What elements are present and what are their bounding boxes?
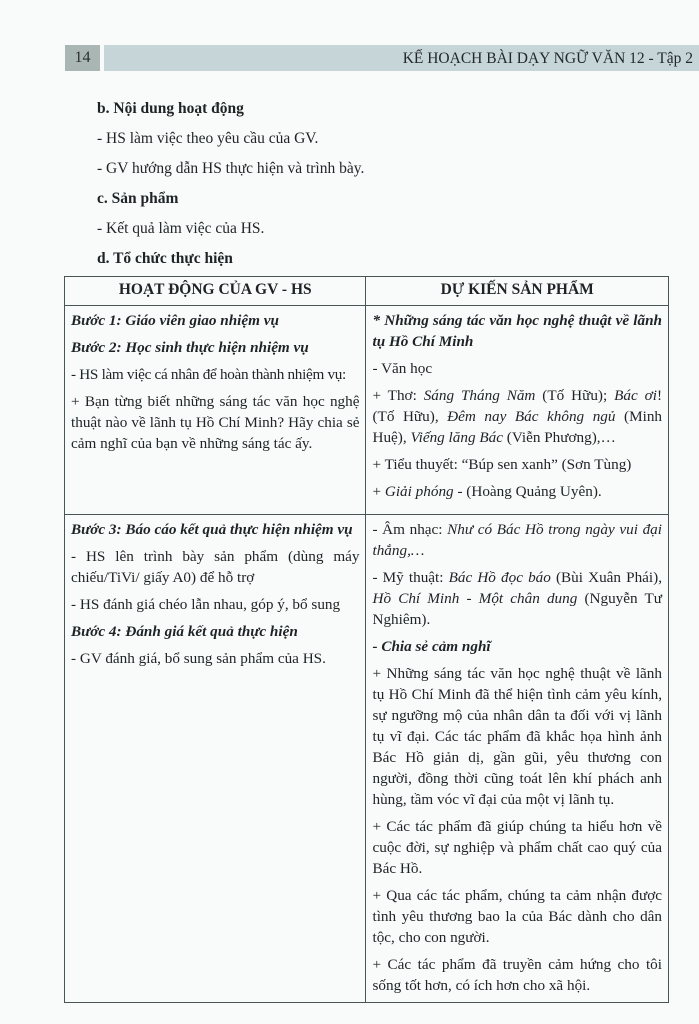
- step-2: Bước 2: Học sinh thực hiện nhiệm vụ: [71, 337, 359, 358]
- music-item: - Âm nhạc: Như có Bác Hồ trong ngày vui …: [372, 519, 662, 561]
- section-c-item: - Kết quả làm việc của HS.: [97, 217, 657, 247]
- novel-item: + Tiểu thuyết: “Búp sen xanh” (Sơn Tùng): [372, 454, 662, 475]
- section-c-heading: c. Sản phẩm: [97, 187, 657, 217]
- book-title: KẾ HOẠCH BÀI DẠY NGỮ VĂN 12 - Tập 2: [104, 45, 699, 71]
- share-item: + Những sáng tác văn học nghệ thuật về l…: [372, 663, 662, 810]
- activity-intro: b. Nội dung hoạt động - HS làm việc theo…: [97, 97, 657, 277]
- share-item: + Qua các tác phẩm, chúng ta cảm nhận đư…: [372, 885, 662, 948]
- section-b-item: - HS làm việc theo yêu cầu của GV.: [97, 127, 657, 157]
- column-header-expected-product: DỰ KIẾN SẢN PHẨM: [366, 277, 669, 306]
- cell-product: * Những sáng tác văn học nghệ thuật về l…: [366, 306, 669, 515]
- share-heading: - Chia sẻ cảm nghĩ: [372, 636, 662, 657]
- report-instruction: - HS lên trình bày sản phẩm (dùng máy ch…: [71, 546, 359, 588]
- table-row: Bước 1: Giáo viên giao nhiệm vụ Bước 2: …: [65, 306, 669, 515]
- teacher-evaluation: - GV đánh giá, bổ sung sản phẩm của HS.: [71, 648, 359, 669]
- literature-label: - Văn học: [372, 358, 662, 379]
- section-d-heading: d. Tổ chức thực hiện: [97, 247, 657, 277]
- page-number: 14: [65, 45, 100, 71]
- cell-activity: Bước 3: Báo cáo kết quả thực hiện nhiệm …: [65, 515, 366, 1003]
- poetry-list: + Thơ: Sáng Tháng Năm (Tố Hữu); Bác ơi! …: [372, 385, 662, 448]
- page-header: 14 KẾ HOẠCH BÀI DẠY NGỮ VĂN 12 - Tập 2: [65, 45, 699, 71]
- section-b-item: - GV hướng dẫn HS thực hiện và trình bày…: [97, 157, 657, 187]
- share-item: + Các tác phẩm đã truyền cảm hứng cho tô…: [372, 954, 662, 996]
- step-4: Bước 4: Đánh giá kết quả thực hiện: [71, 621, 359, 642]
- activity-table: HOẠT ĐỘNG CỦA GV - HS DỰ KIẾN SẢN PHẨM B…: [64, 276, 669, 1003]
- cell-activity: Bước 1: Giáo viên giao nhiệm vụ Bước 2: …: [65, 306, 366, 515]
- step-3: Bước 3: Báo cáo kết quả thực hiện nhiệm …: [71, 519, 359, 540]
- task-question: + Bạn từng biết những sáng tác văn học n…: [71, 391, 359, 454]
- share-item: + Các tác phẩm đã giúp chúng ta hiểu hơn…: [372, 816, 662, 879]
- task-instruction: - HS làm việc cá nhân để hoàn thành nhiệ…: [71, 364, 359, 385]
- table-header-row: HOẠT ĐỘNG CỦA GV - HS DỰ KIẾN SẢN PHẨM: [65, 277, 669, 306]
- column-header-teacher-student: HOẠT ĐỘNG CỦA GV - HS: [65, 277, 366, 306]
- table-row: Bước 3: Báo cáo kết quả thực hiện nhiệm …: [65, 515, 669, 1003]
- step-1: Bước 1: Giáo viên giao nhiệm vụ: [71, 310, 359, 331]
- liberation-item: + Giải phóng - (Hoàng Quảng Uyên).: [372, 481, 662, 502]
- section-b-heading: b. Nội dung hoạt động: [97, 97, 657, 127]
- product-heading: * Những sáng tác văn học nghệ thuật về l…: [372, 310, 662, 352]
- peer-review: - HS đánh giá chéo lẫn nhau, góp ý, bổ s…: [71, 594, 359, 615]
- fine-art-item: - Mỹ thuật: Bác Hồ đọc báo (Bùi Xuân Phá…: [372, 567, 662, 630]
- cell-product: - Âm nhạc: Như có Bác Hồ trong ngày vui …: [366, 515, 669, 1003]
